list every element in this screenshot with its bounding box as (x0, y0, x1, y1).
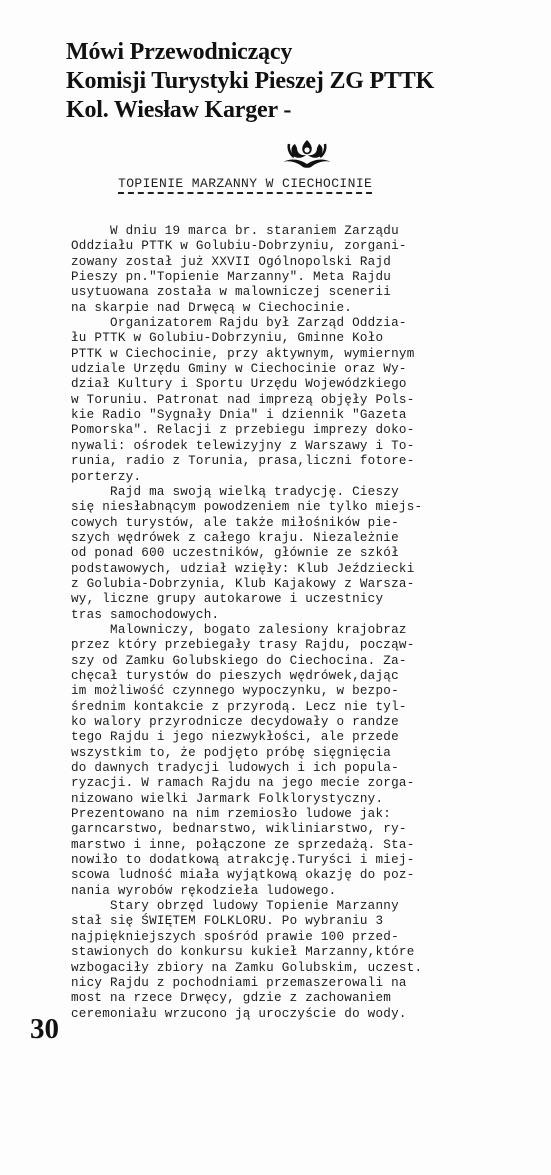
heading-line-2: Komisji Turystyki Pieszej ZG PTTK (66, 67, 434, 96)
article-line: na skarpie nad Drwęcą w Ciechocinie. (71, 301, 549, 316)
article-line: w Toruniu. Patronat nad imprezą objęły P… (71, 393, 549, 408)
article-line: się niesłabnącym powodzeniem nie tylko m… (71, 500, 549, 515)
article-line: średnim kontakcie z przyrodą. Lecz nie t… (71, 700, 549, 715)
article-line: podstawowych, udział wzięły: Klub Jeździ… (71, 562, 549, 577)
article-line: nicy Rajdu z pochodniami przemaszerowali… (71, 976, 549, 991)
article-line: cowych turystów, ale także miłośników pi… (71, 516, 549, 531)
article-line: stał się ŚWIĘTEM FOLKLORU. Po wybraniu 3 (71, 914, 549, 929)
article-line: udziale Urzędu Gminy w Ciechocinie oraz … (71, 362, 549, 377)
article-line: dział Kultury i Sportu Urzędu Wojewódzki… (71, 377, 549, 392)
article-line: nania wyrobów rękodzieła ludowego. (71, 884, 549, 899)
heading-line-3: Kol. Wiesław Karger - (66, 96, 434, 125)
article-line: im możliwość czynnego wypoczynku, w bezp… (71, 684, 549, 699)
article-line: nywali: ośrodek telewizyjny z Warszawy i… (71, 439, 549, 454)
article-line: szych wędrówek z całego kraju. Niezależn… (71, 531, 549, 546)
speaker-heading: Mówi Przewodniczący Komisji Turystyki Pi… (66, 38, 434, 125)
page-number: 30 (30, 1013, 59, 1046)
article-line: zowany został już XXVII Ogólnopolski Raj… (71, 255, 549, 270)
article-body: W dniu 19 marca br. staraniem ZarząduOdd… (71, 224, 549, 1022)
article-line: chęcał turystów do pieszych wędrówek,daj… (71, 669, 549, 684)
article-line: tego Rajdu i jego niezwykłości, ale prze… (71, 730, 549, 745)
article-line: tras samochodowych. (71, 608, 549, 623)
article-line: W dniu 19 marca br. staraniem Zarządu (71, 224, 549, 239)
article-line: garncarstwo, bednarstwo, wikliniarstwo, … (71, 822, 549, 837)
article-line: Malowniczy, bogato zalesiony krajobraz (71, 623, 549, 638)
article-line: wszystkim to, że podjęto próbę sięgnięci… (71, 746, 549, 761)
article-line: PTTK w Ciechocinie, przy aktywnym, wymie… (71, 347, 549, 362)
article-line: do dawnych tradycji ludowych i ich popul… (71, 761, 549, 776)
article-line: scowa ludność miała wyjątkową okazję do … (71, 868, 549, 883)
article-title: TOPIENIE MARZANNY W CIECHOCINIE (118, 176, 372, 194)
article-line: Organizatorem Rajdu był Zarząd Oddzia- (71, 316, 549, 331)
folk-flower-ornament-icon (281, 136, 333, 170)
article-line: usytuowana została w malowniczej sceneri… (71, 285, 549, 300)
article-line: Oddziału PTTK w Golubiu-Dobrzyniu, zorga… (71, 239, 549, 254)
document-page: Mówi Przewodniczący Komisji Turystyki Pi… (0, 0, 551, 1175)
article-line: Prezentowano na nim rzemiosło ludowe jak… (71, 807, 549, 822)
article-line: najpiękniejszych spośród prawie 100 prze… (71, 930, 549, 945)
article-line: z Golubia-Dobrzynia, Klub Kajakowy z War… (71, 577, 549, 592)
article-line: runia, radio z Torunia, prasa,liczni fot… (71, 454, 549, 469)
article-line: przez który przebiegały trasy Rajdu, poc… (71, 638, 549, 653)
article-line: ryzacji. W ramach Rajdu na jego mecie zo… (71, 776, 549, 791)
article-line: porterzy. (71, 470, 549, 485)
article-line: nowiło to dodatkową atrakcję.Turyści i m… (71, 853, 549, 868)
article-line: szy od Zamku Golubskiego do Ciechocina. … (71, 654, 549, 669)
article-line: most na rzece Drwęcy, gdzie z zachowanie… (71, 991, 549, 1006)
article-line: Pomorska". Relacji z przebiegu imprezy d… (71, 423, 549, 438)
article-line: kie Radio "Sygnały Dnia" i dziennik "Gaz… (71, 408, 549, 423)
article-line: ceremoniału wrzucono ją uroczyście do wo… (71, 1007, 549, 1022)
article-line: ko walory przyrodnicze decydowały o rand… (71, 715, 549, 730)
article-line: od ponad 600 uczestników, głównie ze szk… (71, 546, 549, 561)
heading-line-1: Mówi Przewodniczący (66, 38, 434, 67)
article-line: stawionych do konkursu kukieł Marzanny,k… (71, 945, 549, 960)
article-line: wzbogaciły zbiory na Zamku Golubskim, uc… (71, 961, 549, 976)
article-line: wy, liczne grupy autokarowe i uczestnicy (71, 592, 549, 607)
article-line: marstwo i inne, połączone ze sprzedażą. … (71, 838, 549, 853)
article-line: Stary obrzęd ludowy Topienie Marzanny (71, 899, 549, 914)
article-line: łu PTTK w Golubiu-Dobrzyniu, Gminne Koło (71, 331, 549, 346)
article-line: nizowano wielki Jarmark Folklorystyczny. (71, 792, 549, 807)
article-line: Pieszy pn."Topienie Marzanny". Meta Rajd… (71, 270, 549, 285)
article-line: Rajd ma swoją wielką tradycję. Cieszy (71, 485, 549, 500)
